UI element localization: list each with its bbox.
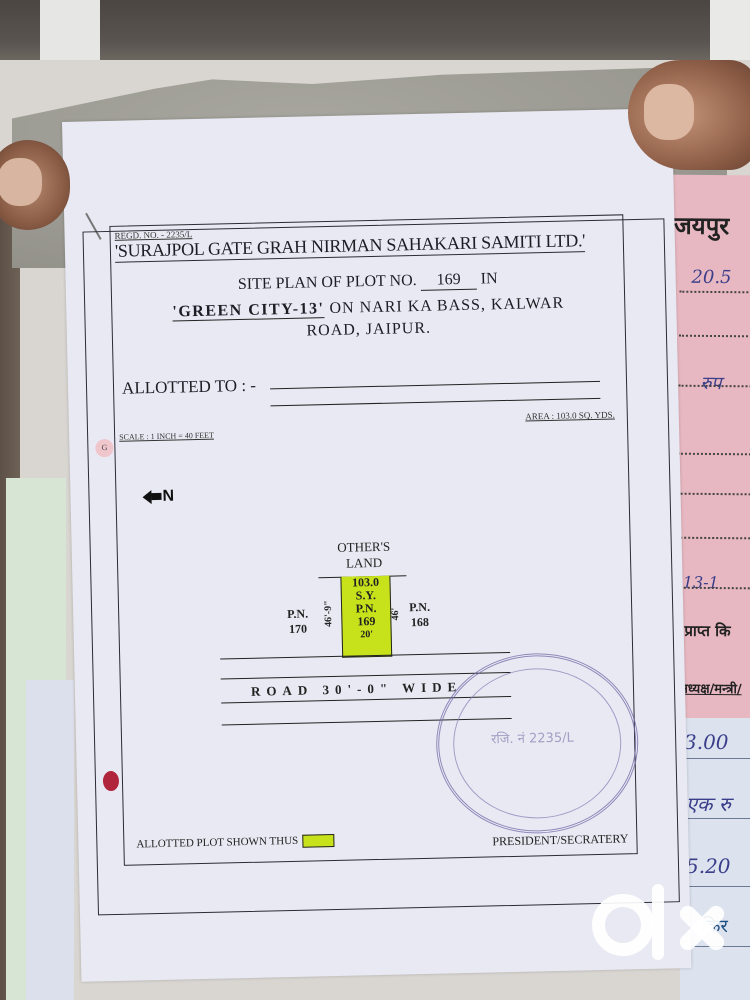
receipt-value: रुप: [700, 371, 721, 395]
neighbour-number: 170: [287, 622, 308, 637]
right-depth-dimension: 46': [390, 608, 401, 621]
receipt-dotted-line: [678, 453, 750, 456]
others-land-line: LAND: [314, 554, 414, 572]
receipt-line: [680, 758, 750, 759]
site-plan-prefix: SITE PLAN OF PLOT NO.: [238, 272, 417, 293]
olx-l-glyph: [652, 884, 664, 960]
scheme-name: 'GREEN CITY-13': [172, 300, 325, 321]
background-wall: [710, 0, 750, 60]
site-plan-document: G REGD. NO. - 2235/L 'SURAJPOL GATE GRAH…: [62, 108, 691, 982]
right-thumb: [628, 60, 750, 170]
north-label: N: [162, 488, 174, 505]
thumbnail: [644, 84, 694, 140]
north-indicator: N: [142, 488, 174, 507]
background-shelf: [0, 0, 750, 60]
thumbnail: [0, 158, 42, 206]
neighbour-number: 168: [409, 615, 430, 630]
receipt-label: अध्यक्ष/मन्त्री/: [678, 679, 742, 698]
receipt-value: एक रु: [686, 790, 731, 817]
location-text: ON NARI KA BASS, KALWAR: [329, 295, 564, 317]
legend: ALLOTTED PLOT SHOWN THUS: [136, 834, 334, 851]
area-text: AREA : 103.0 SQ. YDS.: [525, 410, 615, 422]
olx-watermark-logo: [580, 880, 730, 960]
inner-border: REGD. NO. - 2235/L 'SURAJPOL GATE GRAH N…: [109, 214, 637, 865]
receipt-value: 20.5: [691, 267, 731, 288]
allotted-to-line: [270, 381, 600, 389]
legend-swatch: [302, 834, 334, 848]
left-depth-dimension: 46'-9": [323, 600, 335, 627]
scale-text: SCALE : 1 INCH = 40 FEET: [119, 431, 214, 442]
plot-number: 169: [420, 271, 476, 291]
legend-label: ALLOTTED PLOT SHOWN THUS: [136, 835, 298, 851]
receipt-dotted-line: [678, 493, 750, 496]
seal-registration: रजि. नं 2235/L: [491, 728, 574, 748]
site-plan-title: SITE PLAN OF PLOT NO. 169 IN: [112, 267, 624, 298]
neighbour-label: P.N.: [287, 607, 308, 622]
north-arrow-shaft: [151, 493, 161, 500]
site-plan-suffix: IN: [480, 270, 497, 287]
road-label: ROAD 30'-0" WIDE: [251, 679, 463, 700]
allotted-to-line: [270, 398, 600, 406]
signatory-label: PRESIDENT/SECRATERY: [492, 831, 628, 849]
neighbour-label: P.N.: [409, 600, 430, 615]
receipt-value: 3.00: [684, 730, 729, 754]
neighbour-plot-168: P.N. 168: [409, 600, 431, 630]
olx-o-glyph: [592, 894, 654, 956]
blue-paper-sheet: [26, 680, 74, 1000]
allotted-plot-169: 103.0 S.Y. P.N. 169 20': [340, 576, 392, 658]
neighbour-plot-170: P.N. 170: [287, 607, 309, 637]
plot-width: 20': [343, 628, 391, 642]
receipt-dotted-line: [679, 385, 750, 388]
receipt-dotted-line: [679, 335, 750, 338]
receipt-label: प्राप्त कि: [684, 621, 730, 641]
outer-border: REGD. NO. - 2235/L 'SURAJPOL GATE GRAH N…: [82, 218, 679, 915]
receipt-dotted-line: [679, 291, 750, 294]
plot-pn-number: 169: [342, 615, 390, 629]
receipt-value: 13-1: [683, 573, 719, 592]
background-wall: [40, 0, 100, 60]
allotted-to-label: ALLOTTED TO : -: [122, 376, 256, 399]
receipt-dotted-line: [677, 537, 750, 540]
receipt-city: जयपुर: [674, 209, 729, 242]
north-arrow-icon: [142, 490, 151, 504]
official-seal: रजि. नं 2235/L: [434, 651, 640, 836]
receipt-line: [680, 818, 750, 819]
others-land-label: OTHER'S LAND: [314, 538, 415, 572]
receipt-value: 5.20: [686, 854, 731, 878]
